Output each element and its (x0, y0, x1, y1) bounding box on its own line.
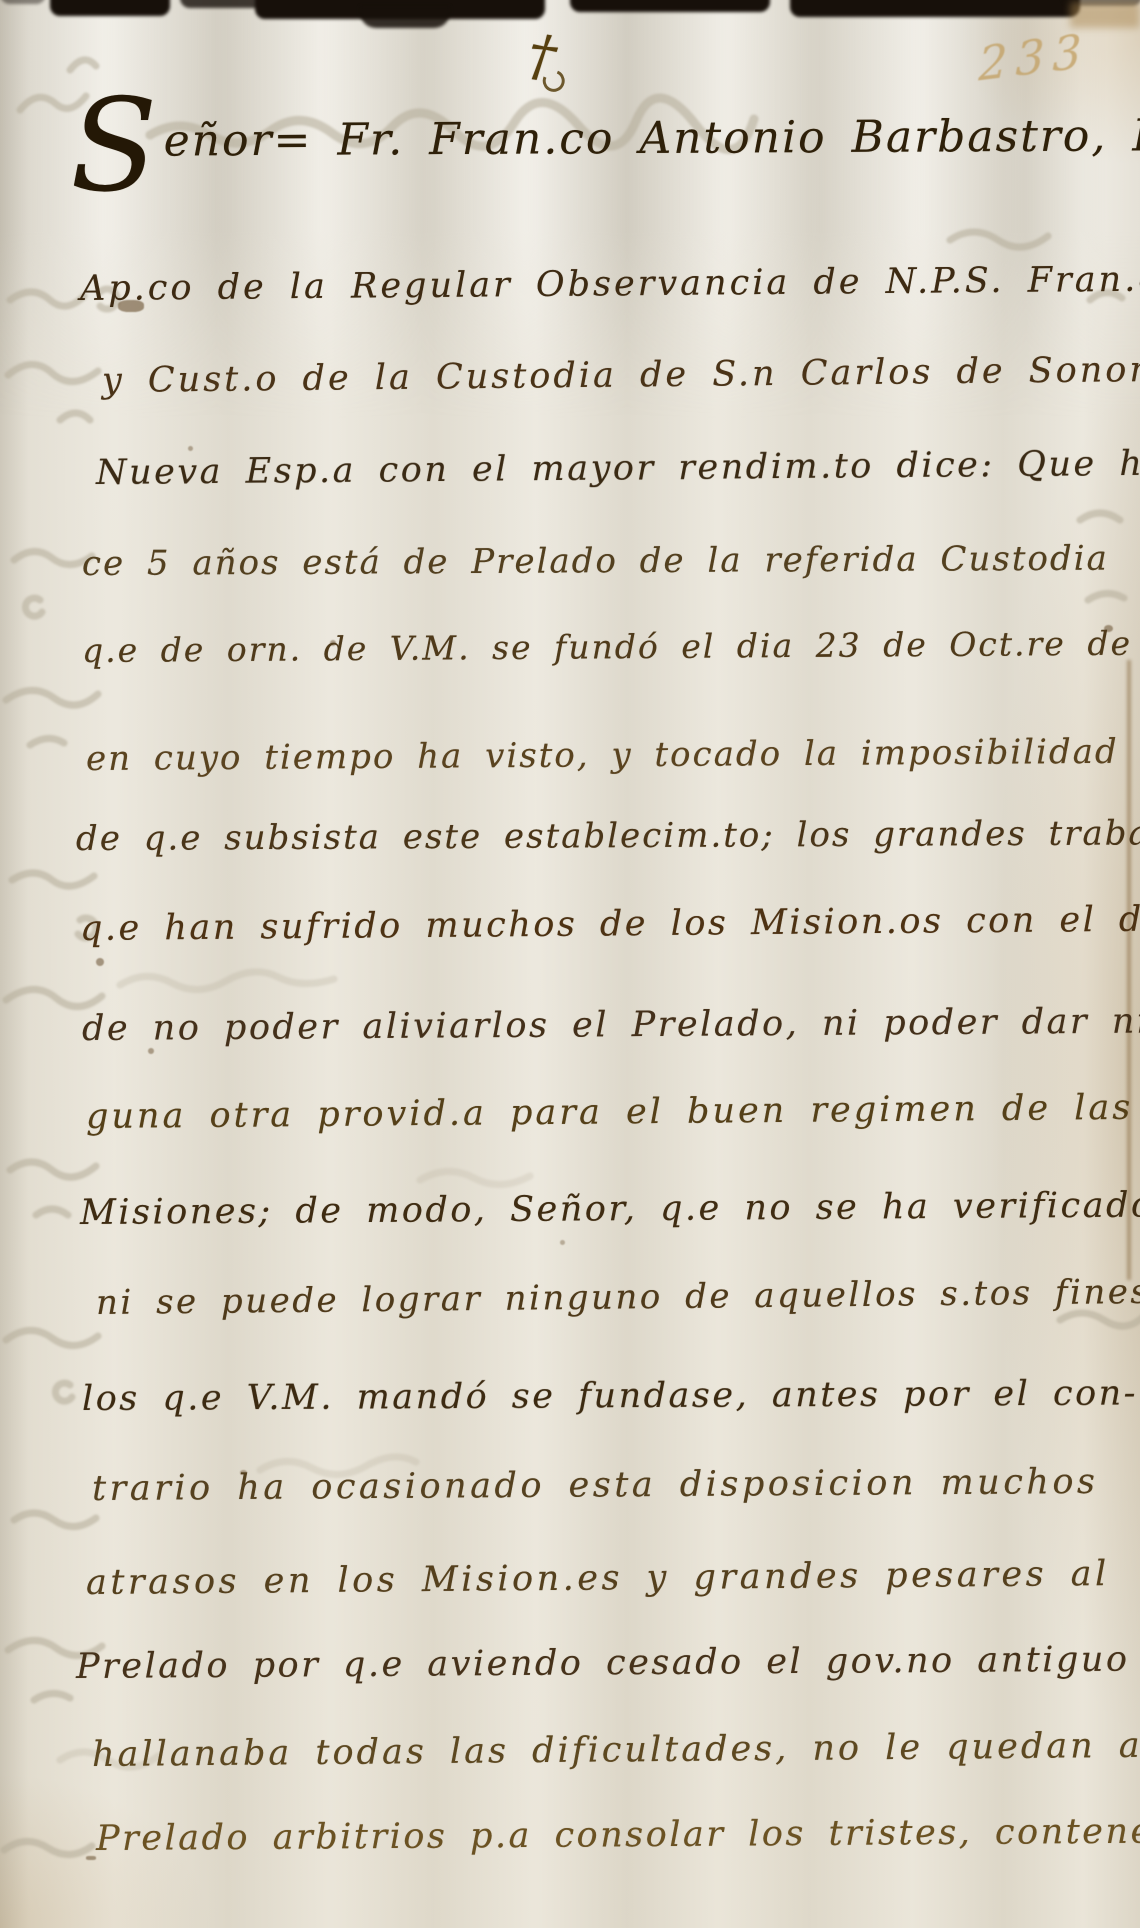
manuscript-line: trario ha ocasionado esta disposicion mu… (92, 1461, 1099, 1512)
manuscript-line: y Cust.o de la Custodia de S.n Carlos de… (102, 348, 1140, 404)
manuscript-line: ni se puede lograr ninguno de aquellos s… (96, 1270, 1140, 1324)
manuscript-line: q.e han sufrido muchos de los Mision.os … (80, 898, 1140, 952)
manuscript-line: de q.e subsista este establecim.to; los … (76, 812, 1140, 860)
invocation-cross-mark: † (524, 22, 561, 90)
folio-number: 233 (978, 19, 1128, 92)
manuscript-line: Prelado arbitrios p.a consolar los trist… (96, 1810, 1140, 1861)
manuscript-line: guna otra provid.a para el buen regimen … (86, 1087, 1134, 1140)
manuscript-line: Señor= Fr. Fran.co Antonio Barbastro, Pr… (70, 113, 1140, 164)
manuscript-line: hallanaba todas las dificultades, no le … (92, 1725, 1140, 1778)
manuscript-line: en cuyo tiempo ha visto, y tocado la imp… (86, 731, 1119, 781)
manuscript-page: † 233 Señor= Fr. Fran.co Antonio Barbast… (0, 0, 1140, 1928)
manuscript-line: Ap.co de la Regular Observancia de N.P.S… (80, 258, 1140, 311)
manuscript-line: q.e de orn. de V.M. se fundó el dia 23 d… (82, 622, 1140, 671)
manuscript-line: atrasos en los Mision.es y grandes pesar… (86, 1553, 1110, 1606)
manuscript-line: de no poder aliviarlos el Prelado, ni po… (82, 1000, 1140, 1051)
manuscript-line: Prelado por q.e aviendo cesado el gov.no… (76, 1638, 1140, 1690)
manuscript-line: ce 5 años está de Prelado de la referida… (82, 538, 1109, 586)
manuscript-line: Nueva Esp.a con el mayor rendim.to dice:… (96, 443, 1140, 496)
manuscript-line: Misiones; de modo, Señor, q.e no se ha v… (80, 1184, 1140, 1235)
manuscript-line: los q.e V.M. mandó se fundase, antes por… (82, 1372, 1138, 1421)
